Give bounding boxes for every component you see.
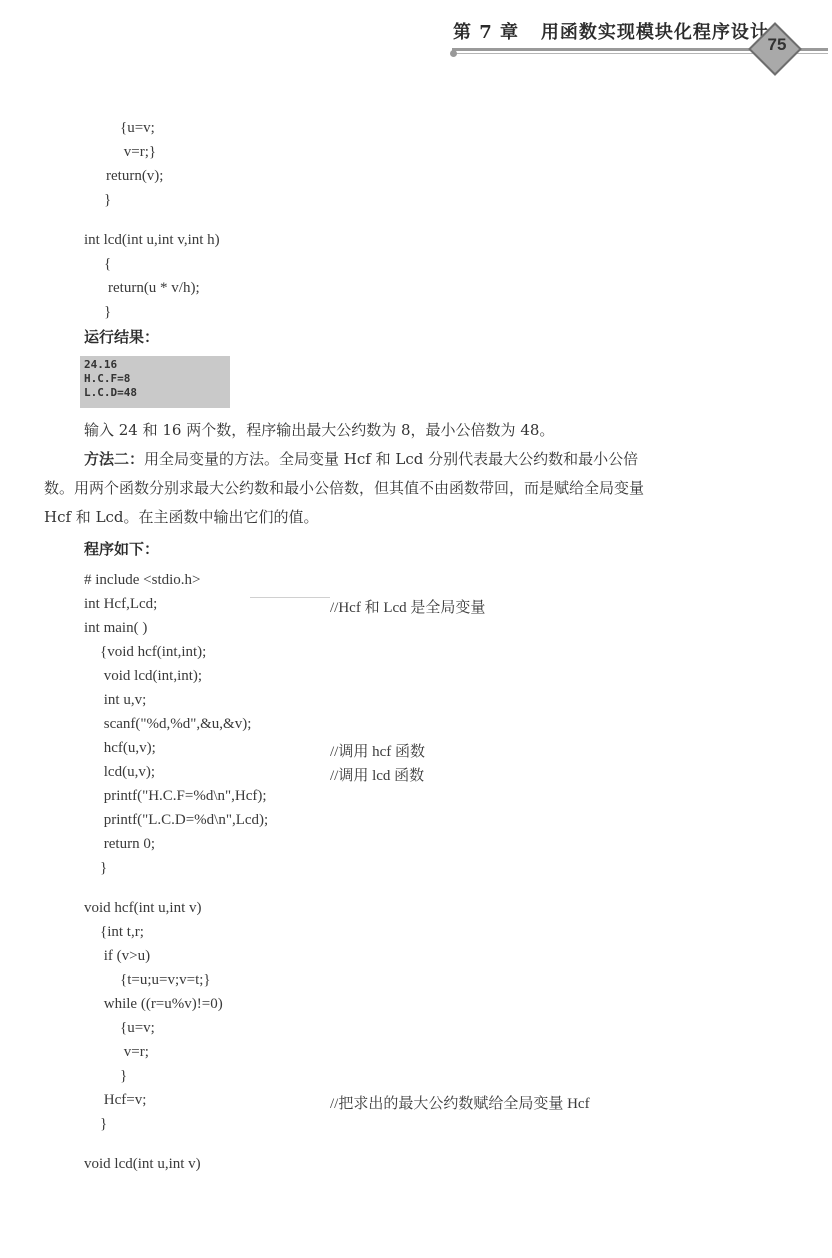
method2-text: 用全局变量的方法。全局变量 Hcf 和 Lcd 分别代表最大公约数和最小公倍	[144, 450, 638, 468]
code-line: }	[100, 860, 107, 877]
code-line: {t=u;u=v;v=t;}	[120, 972, 211, 989]
code-line: hcf(u,v);	[100, 740, 156, 757]
code-line: }	[100, 1116, 107, 1133]
output-line: 24.16	[84, 358, 117, 372]
code-line: printf("H.C.F=%d\n",Hcf);	[100, 788, 267, 805]
method2-label: 方法二：	[84, 450, 144, 468]
method2-paragraph-line3: Hcf 和 Lcd。在主函数中输出它们的值。	[44, 506, 319, 527]
code-line: void lcd(int u,int v)	[84, 1156, 201, 1173]
code-line: void hcf(int u,int v)	[84, 900, 201, 917]
method2-paragraph-line2: 数。用两个函数分别求最大公约数和最小公倍数，但其值不由函数带回，而是赋给全局变量	[44, 477, 644, 498]
code-line: scanf("%d,%d",&u,&v);	[100, 716, 251, 733]
decorative-stroke	[250, 597, 330, 598]
code-line: lcd(u,v);	[100, 764, 155, 781]
code-line: printf("L.C.D=%d\n",Lcd);	[100, 812, 268, 829]
code-line: }	[104, 304, 111, 321]
code-line: int Hcf,Lcd;	[84, 596, 157, 613]
code-line: }	[104, 192, 111, 209]
code-line: {u=v;	[120, 1020, 155, 1037]
code-line: int lcd(int u,int v,int h)	[84, 232, 220, 249]
code-line: int main( )	[84, 620, 147, 637]
console-output: 24.16 H.C.F=8 L.C.D=48	[80, 356, 230, 408]
output-line: H.C.F=8	[84, 372, 130, 386]
page-number: 75	[752, 35, 802, 55]
header-bullet-icon	[450, 50, 457, 57]
run-result-heading: 运行结果：	[84, 326, 159, 347]
code-line: while ((r=u%v)!=0)	[100, 996, 223, 1013]
code-line: {int t,r;	[100, 924, 144, 941]
code-line: void lcd(int,int);	[100, 668, 202, 685]
code-line: v=r;	[120, 1044, 149, 1061]
code-line: return(u * v/h);	[108, 280, 200, 297]
code-line: }	[120, 1068, 127, 1085]
code-line: Hcf=v;	[100, 1092, 146, 1109]
code-line: int u,v;	[100, 692, 146, 709]
code-comment: //调用 hcf 函数	[330, 740, 425, 761]
result-description: 输入 24 和 16 两个数，程序输出最大公约数为 8，最小公倍数为 48。	[84, 419, 554, 440]
code-comment: //调用 lcd 函数	[330, 764, 424, 785]
method2-paragraph-line1: 方法二：用全局变量的方法。全局变量 Hcf 和 Lcd 分别代表最大公约数和最小…	[84, 448, 638, 469]
code-line: return 0;	[100, 836, 155, 853]
code-line: # include <stdio.h>	[84, 572, 201, 589]
code-line: {u=v;	[120, 120, 155, 137]
program-heading: 程序如下：	[84, 538, 159, 559]
code-comment: //Hcf 和 Lcd 是全局变量	[330, 596, 485, 617]
output-line: L.C.D=48	[84, 386, 137, 400]
code-comment: //把求出的最大公约数赋给全局变量 Hcf	[330, 1092, 590, 1113]
code-line: return(v);	[106, 168, 163, 185]
code-line: {void hcf(int,int);	[100, 644, 206, 661]
code-line: v=r;}	[120, 144, 156, 161]
code-line: {	[104, 256, 111, 273]
chapter-title: 第 7 章 用函数实现模块化程序设计	[453, 18, 769, 44]
code-line: if (v>u)	[100, 948, 150, 965]
